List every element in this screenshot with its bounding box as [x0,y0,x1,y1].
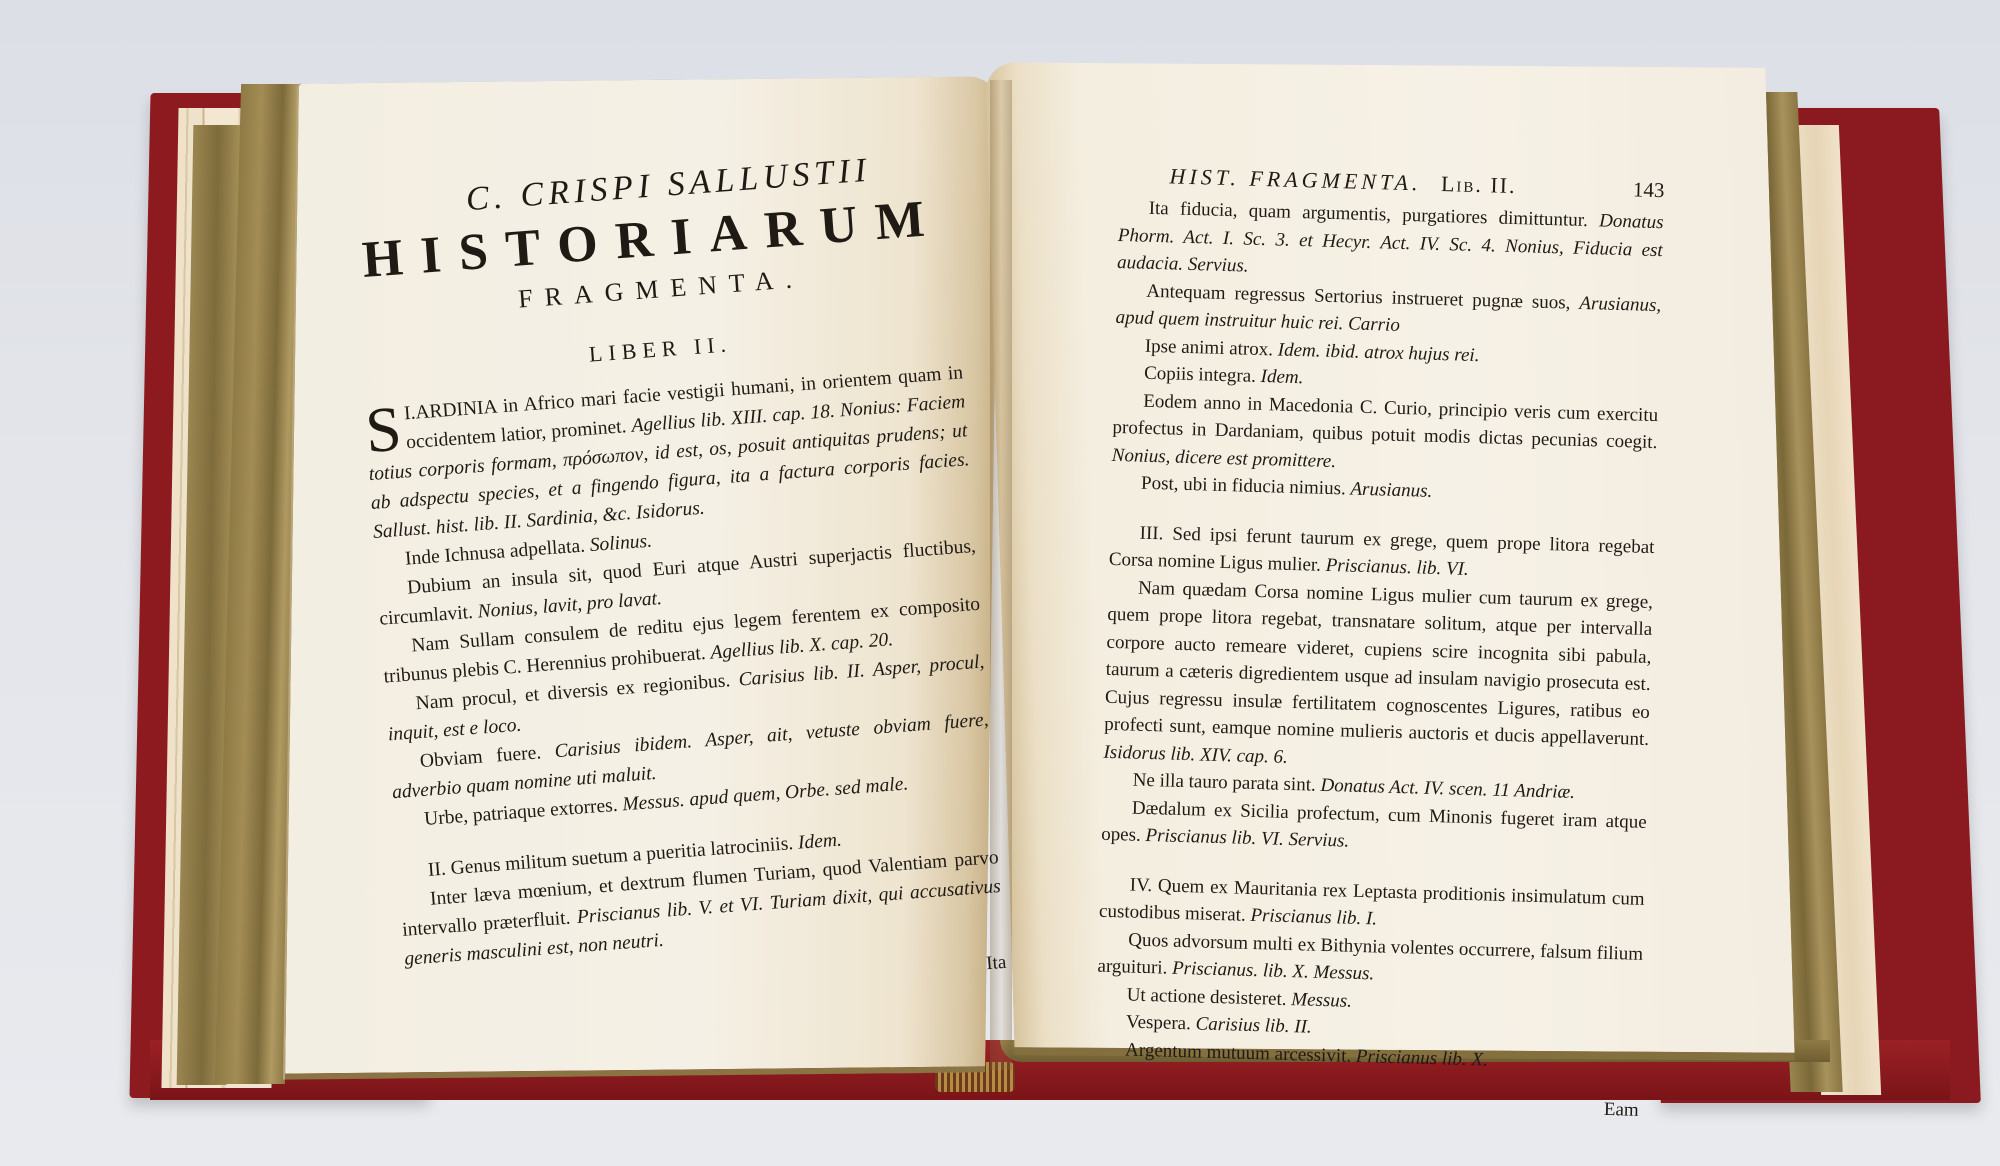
fragment-number: III. [1139,522,1163,544]
fragment-text: Ita fiducia, quam argumentis, purgatiore… [1148,198,1588,231]
catchword: Eam [1094,1085,1639,1122]
fragment-text: Nam quædam Corsa nomine Ligus mulier cum… [1104,577,1653,750]
fragment-citation: Priscianus. lib. X. Messus. [1172,958,1375,985]
fragment-citation: Carisius lib. II. [1195,1013,1312,1037]
fragment-citation: Solinus. [589,531,653,557]
right-page-text: HIST. FRAGMENTA. Lib. II. 143 Ita fiduci… [1094,162,1665,1122]
fragment-citation: Priscianus lib. VI. Servius. [1145,825,1349,852]
fragment-text: Ne illa tauro parata sint. [1132,770,1316,796]
fragment-text: Ut actione desisteret. [1126,984,1286,1009]
fragment-citation: Priscianus lib. I. [1250,905,1377,930]
fragment-paragraph: Ita fiducia, quam argumentis, purgatiore… [1117,194,1664,292]
fragment-text: Vespera. [1126,1012,1191,1035]
fragment-text: Post, ubi in fiducia nimius. [1141,473,1346,500]
fragment-text: Eodem anno in Macedonia C. Curio, princi… [1112,390,1658,453]
fragment-citation: Idem. ibid. atrox hujus rei. [1278,339,1480,366]
fragment-text: Argentum mutuum arcessivit. [1125,1039,1352,1066]
fragment-number: IV. [1130,874,1153,896]
fragment-paragraph: Eodem anno in Macedonia C. Curio, princi… [1111,386,1658,484]
fragment-citation: Nonius, dicere est promittere. [1112,444,1337,471]
fragment-citation: Idem. [1260,366,1303,388]
page-number: 143 [1633,177,1665,203]
drop-cap: S [364,402,403,458]
fragment-citation: Priscianus. lib. VI. [1325,555,1469,580]
fragment-number: II. [427,859,446,881]
fragment-citation: Arusianus. [1350,479,1432,502]
fragment-citation: Idem. [797,830,842,854]
fragment-text: Ipse animi atrox. [1145,335,1274,360]
left-page-text: C. CRISPI SALLUSTII HISTORIARUM FRAGMENT… [345,106,1007,1018]
fragment-citation: Messus. [1291,989,1352,1012]
fragment-paragraph: Nam quædam Corsa nomine Ligus mulier cum… [1103,573,1653,781]
fragment-citation: Priscianus lib. X. [1356,1045,1488,1070]
fragment-text: Copiis integra. [1144,363,1256,387]
fragment-text: Obviam fuere. [419,742,542,772]
fragment-citation: Donatus Act. IV. scen. 11 Andriæ. [1320,775,1575,803]
fragment-citation: Isidorus lib. XIV. cap. 6. [1103,741,1288,767]
running-head-book: Lib. II. [1441,171,1517,198]
